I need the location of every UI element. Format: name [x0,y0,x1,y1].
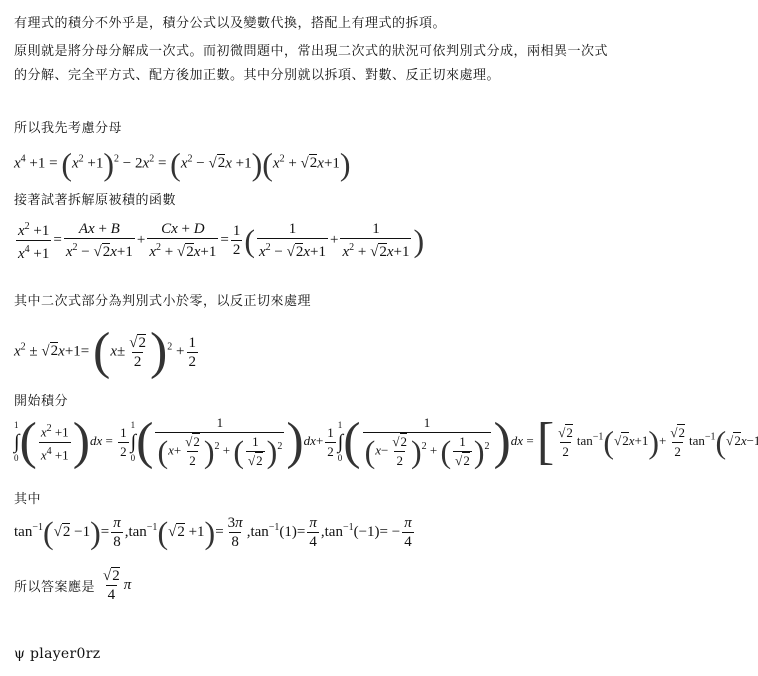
equation-complete-square: x2 ± √2x+1= (x±√22)2 +12 [14,326,200,378]
paragraph-denominator: 所以我先考慮分母 [14,119,122,139]
paragraph-integrate: 開始積分 [14,392,68,412]
equation-arctan-values: tan−1(√2 −1)=π8,tan−1(√2 +1)=3π8,tan−1(1… [14,514,416,551]
signature: ψ player0rz [14,646,100,662]
answer-line: 所以答案應是 √24π [14,567,131,604]
paragraph-arctan: 其中二次式部分為判別式小於零，以反正切來處理 [14,292,311,312]
paragraph-intro: 有理式的積分不外乎是，積分公式以及變數代換，搭配上有理式的拆項。 [14,14,446,34]
paragraph-principle-1: 原則就是將分母分解成一次式。而初微問題中，常出現二次式的狀況可依判別式分成，兩相… [14,42,608,62]
paragraph-principle-2: 的分解、完全平方式、配方後加正數。其中分別就以拆項、對數、反正切來處理。 [14,66,500,86]
paragraph-answer: 所以答案應是 [14,576,95,595]
paragraph-where: 其中 [14,490,41,510]
equation-factor-denominator: x4 +1 = (x2 +1)2 − 2x2 = (x2 − √2x +1)(x… [14,148,351,180]
answer-value: √24π [99,567,131,604]
equation-partial-fractions: x2 +1x4 +1=Ax + Bx2 − √2x+1+Cx + Dx2 + √… [14,218,424,263]
equation-integral: 1∫0(x2 +1x4 +1)dx = 121∫0(1(x+√22)2 + (1… [14,412,758,472]
paragraph-decompose: 接著試著拆解原被積的函數 [14,191,176,211]
